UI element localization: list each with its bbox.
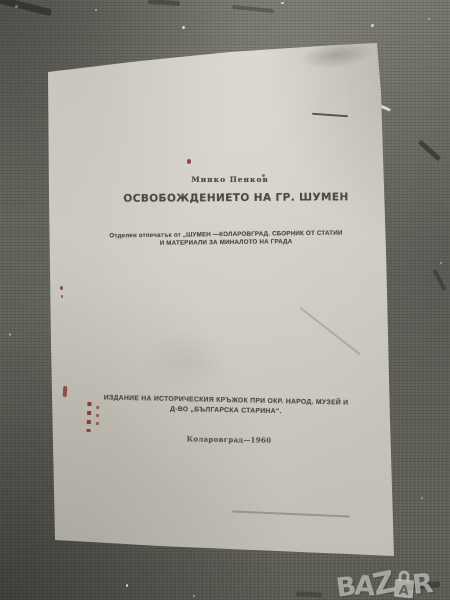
background-speck <box>95 9 97 11</box>
red-ink-dot <box>61 295 63 298</box>
author-name: Минко Пенков <box>130 175 330 184</box>
watermark-letter: A <box>398 583 409 599</box>
bazar-watermark-logo: B A Z A R <box>335 547 449 600</box>
watermark-letter: R <box>411 570 435 599</box>
red-dash-marks <box>96 406 99 430</box>
red-dash-marks <box>86 402 91 432</box>
shopping-bag-icon: A <box>393 579 413 599</box>
paper-crease <box>299 307 360 355</box>
booklet-subtitle: Отделен отпечатък от „ШУМЕН —КОЛАРОВГРАД… <box>100 229 352 248</box>
pencil-line <box>232 510 350 517</box>
booklet-title: ОСВОБОЖДЕНИЕТО НА ГР. ШУМЕН <box>106 191 366 205</box>
background-speck <box>421 497 423 499</box>
red-ink-dot <box>187 159 191 164</box>
background-speck <box>440 262 442 264</box>
background-speck <box>281 2 284 4</box>
imprint-place-year: Коларовград—1960 <box>103 433 355 446</box>
background-speck <box>126 584 128 587</box>
dark-scratch <box>312 113 348 118</box>
background-speck <box>182 26 185 29</box>
background-speck <box>371 24 374 27</box>
photo-of-booklet: Минко Пенков ОСВОБОЖДЕНИЕТО НА ГР. ШУМЕН… <box>0 0 450 600</box>
paper-stain <box>140 330 230 390</box>
publisher-note: ИЗДАНИЕ НА ИСТОРИЧЕСКИЯ КРЪЖОК ПРИ ОКР. … <box>100 393 352 417</box>
red-ink-dot <box>60 286 63 290</box>
red-ink-smudge <box>63 386 68 397</box>
background-speck <box>9 333 11 336</box>
background-speck <box>193 595 195 597</box>
background-speck <box>428 18 430 20</box>
